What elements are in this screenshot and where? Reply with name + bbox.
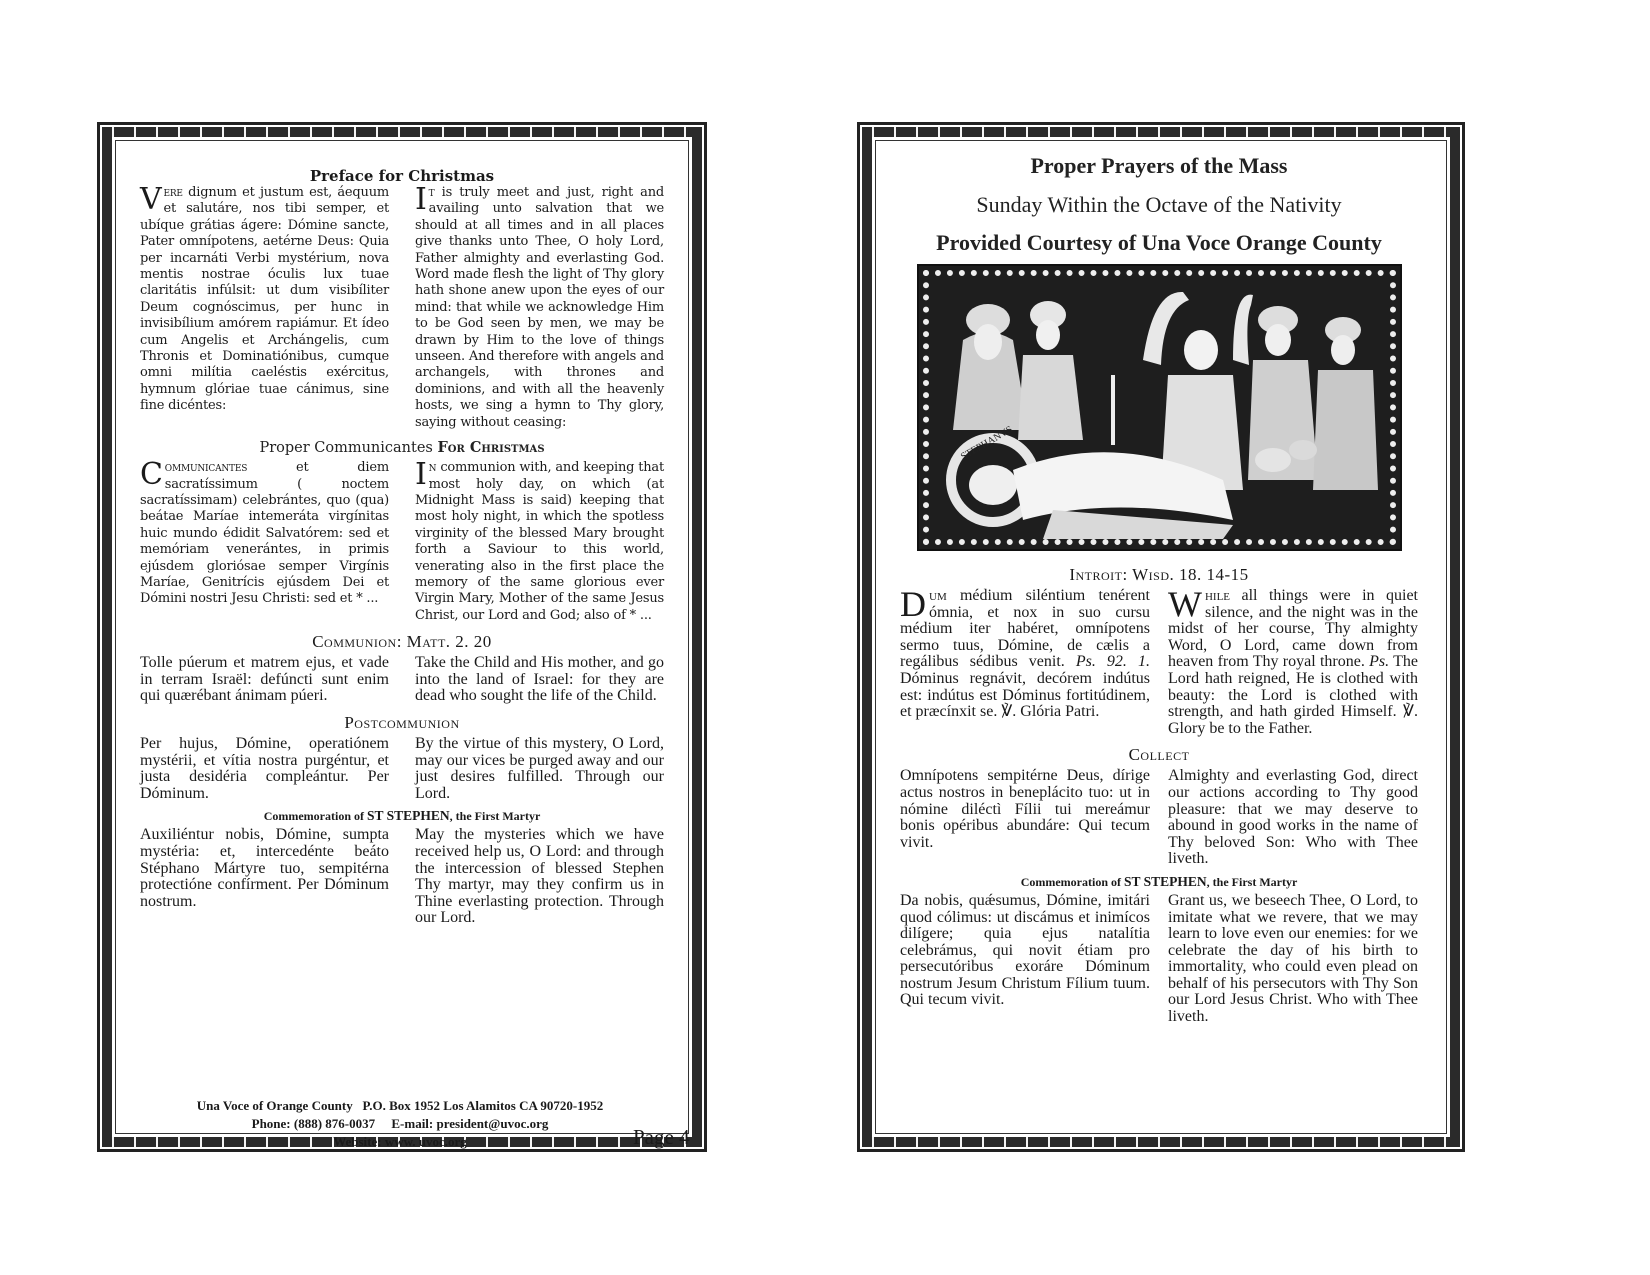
preface-section: Vere dignum et justum est, áequum et sal… xyxy=(140,185,664,431)
drop-cap: V xyxy=(140,187,161,213)
footer-address: Una Voce of Orange County P.O. Box 1952 … xyxy=(140,1097,660,1115)
right-page-content: Proper Prayers of the Mass Sunday Within… xyxy=(900,147,1418,1127)
introit-section: Dum médium siléntium tenérent ómnia, et … xyxy=(900,588,1418,737)
communion-title: Communion: Matt. 2. 20 xyxy=(140,632,664,652)
preface-title: Preface for Christmas xyxy=(140,167,664,185)
commemoration-title: Commemoration of ST STEPHEN, the First M… xyxy=(140,808,664,824)
drop-cap: W xyxy=(1168,590,1202,618)
postcommunion-latin: Per hujus, Dómine, operatiónem mystérii,… xyxy=(140,736,389,802)
page-number: Page 4 xyxy=(633,1125,690,1150)
postcommunion-english: By the virtue of this mystery, O Lord, m… xyxy=(415,736,664,802)
page-title: Proper Prayers of the Mass xyxy=(900,153,1418,179)
commemoration-title: Commemoration of ST STEPHEN, the First M… xyxy=(900,874,1418,890)
left-page-border: Preface for Christmas Vere dignum et jus… xyxy=(97,122,707,1152)
postcommunion-title: Postcommunion xyxy=(140,713,664,733)
stoning-of-stephen-illustration: STEPHANVS xyxy=(917,264,1402,551)
drop-cap: C xyxy=(140,462,163,488)
engraving-icon: STEPHANVS xyxy=(933,280,1386,539)
commemoration-english: Grant us, we beseech Thee, O Lord, to im… xyxy=(1168,893,1418,1026)
commemoration-section: Auxiliéntur nobis, Dómine, sumpta mystér… xyxy=(140,827,664,927)
drop-cap: D xyxy=(900,590,926,618)
page-subtitle: Sunday Within the Octave of the Nativity xyxy=(900,192,1418,218)
communicantes-latin: Communicantes et diem sacratíssimum ( no… xyxy=(140,460,389,624)
footer-contact: Phone: (888) 876-0037 E-mail: president@… xyxy=(140,1115,660,1133)
collect-latin: Omnípotens sempitérne Deus, dírige actus… xyxy=(900,768,1150,868)
courtesy-line: Provided Courtesy of Una Voce Orange Cou… xyxy=(900,230,1418,256)
collect-english: Almighty and everlasting God, direct our… xyxy=(1168,768,1418,868)
contact-footer: Una Voce of Orange County P.O. Box 1952 … xyxy=(140,1097,660,1151)
commemoration-latin: Da nobis, quǽsumus, Dómine, imitári quod… xyxy=(900,893,1150,1026)
commemoration-latin: Auxiliéntur nobis, Dómine, sumpta mystér… xyxy=(140,827,389,927)
communion-section: Tolle púerum et matrem ejus, et vade in … xyxy=(140,655,664,705)
collect-section: Omnípotens sempitérne Deus, dírige actus… xyxy=(900,768,1418,868)
commemoration-section: Da nobis, quǽsumus, Dómine, imitári quod… xyxy=(900,893,1418,1026)
drop-cap: I xyxy=(415,187,427,213)
communicantes-section: Communicantes et diem sacratíssimum ( no… xyxy=(140,460,664,624)
left-page-content: Preface for Christmas Vere dignum et jus… xyxy=(140,147,664,1127)
collect-title: Collect xyxy=(900,745,1418,765)
postcommunion-section: Per hujus, Dómine, operatiónem mystérii,… xyxy=(140,736,664,802)
introit-title: Introit: Wisd. 18. 14-15 xyxy=(900,565,1418,585)
preface-english: It is truly meet and just, right and ava… xyxy=(415,185,664,431)
right-page-border: Proper Prayers of the Mass Sunday Within… xyxy=(857,122,1465,1152)
introit-latin: Dum médium siléntium tenérent ómnia, et … xyxy=(900,588,1150,737)
communion-english: Take the Child and His mother, and go in… xyxy=(415,655,664,705)
introit-english: While all things were in quiet silence, … xyxy=(1168,588,1418,737)
communicantes-title: Proper Communicantes For Christmas xyxy=(140,439,664,456)
communion-latin: Tolle púerum et matrem ejus, et vade in … xyxy=(140,655,389,705)
drop-cap: I xyxy=(415,462,427,488)
preface-latin: Vere dignum et justum est, áequum et sal… xyxy=(140,185,389,431)
communicantes-english: In communion with, and keeping that most… xyxy=(415,460,664,624)
footer-website: Website: www. uvoc.org xyxy=(140,1133,660,1151)
commemoration-english: May the mysteries which we have received… xyxy=(415,827,664,927)
